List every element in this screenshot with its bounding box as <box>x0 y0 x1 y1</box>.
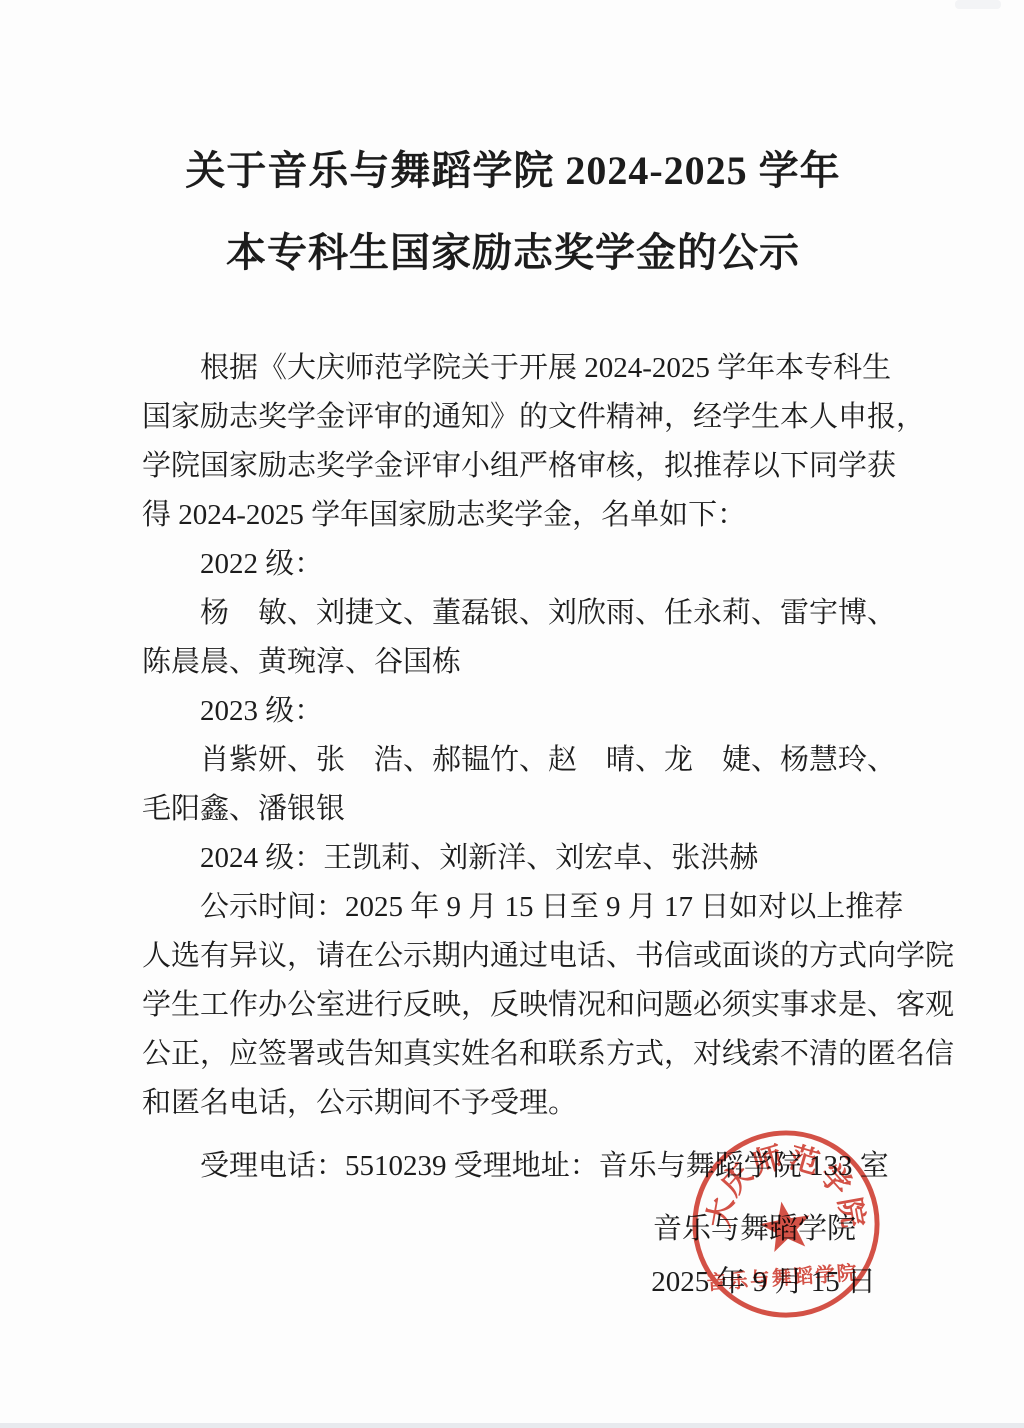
signature-date: 2025 年 9 月 15 日 <box>142 1256 884 1309</box>
body-line-notice-period: 公示时间：2025 年 9 月 15 日至 9 月 17 日如对以上推荐 <box>142 883 884 932</box>
body-line: 得 2024-2025 学年国家励志奖学金，名单如下： <box>142 491 884 540</box>
body-line-contact: 受理电话：5510239 受理地址：音乐与舞蹈学院 133 室 <box>142 1142 884 1191</box>
body-line: 学生工作办公室进行反映，反映情况和问题必须实事求是、客观 <box>142 981 884 1030</box>
body-line-grade-2022: 2022 级： <box>142 540 884 589</box>
body-line-names-2023: 肖紫妍、张 浩、郝韫竹、赵 晴、龙 婕、杨慧玲、 <box>142 736 884 785</box>
body-line: 根据《大庆师范学院关于开展 2024-2025 学年本专科生 <box>142 344 884 393</box>
body-line-names-2022: 杨 敏、刘捷文、董磊银、刘欣雨、任永莉、雷宇博、 <box>142 589 884 638</box>
body-line-grade-2024: 2024 级：王凯莉、刘新洋、刘宏卓、张洪赫 <box>142 834 884 883</box>
body-line-grade-2023: 2023 级： <box>142 687 884 736</box>
body-line: 公正，应签署或告知真实姓名和联系方式，对线索不清的匿名信 <box>142 1030 884 1079</box>
signature-org: 音乐与舞蹈学院 <box>142 1203 884 1256</box>
title-line-1: 关于音乐与舞蹈学院 2024-2025 学年 <box>142 130 884 212</box>
body-line: 和匿名电话，公示期间不予受理。 <box>142 1079 884 1128</box>
body-line: 学院国家励志奖学金评审小组严格审核，拟推荐以下同学获 <box>142 442 884 491</box>
signature-block: 音乐与舞蹈学院 2025 年 9 月 15 日 <box>142 1203 884 1309</box>
body-line: 国家励志奖学金评审的通知》的文件精神，经学生本人申报， <box>142 393 884 442</box>
body-line-names-2023: 毛阳鑫、潘银银 <box>142 785 884 834</box>
title-line-2: 本专科生国家励志奖学金的公示 <box>142 212 884 294</box>
scan-edge-artifact <box>0 1423 1024 1428</box>
scan-corner-artifact <box>955 0 1001 9</box>
scanned-document-page: 关于音乐与舞蹈学院 2024-2025 学年 本专科生国家励志奖学金的公示 根据… <box>0 0 1024 1428</box>
body-line: 人选有异议，请在公示期内通过电话、书信或面谈的方式向学院 <box>142 932 884 981</box>
body-line-names-2022: 陈晨晨、黄琬淳、谷国栋 <box>142 638 884 687</box>
document-title: 关于音乐与舞蹈学院 2024-2025 学年 本专科生国家励志奖学金的公示 <box>142 130 884 294</box>
document-content: 关于音乐与舞蹈学院 2024-2025 学年 本专科生国家励志奖学金的公示 根据… <box>142 130 884 1309</box>
document-body: 根据《大庆师范学院关于开展 2024-2025 学年本专科生 国家励志奖学金评审… <box>142 344 884 1191</box>
